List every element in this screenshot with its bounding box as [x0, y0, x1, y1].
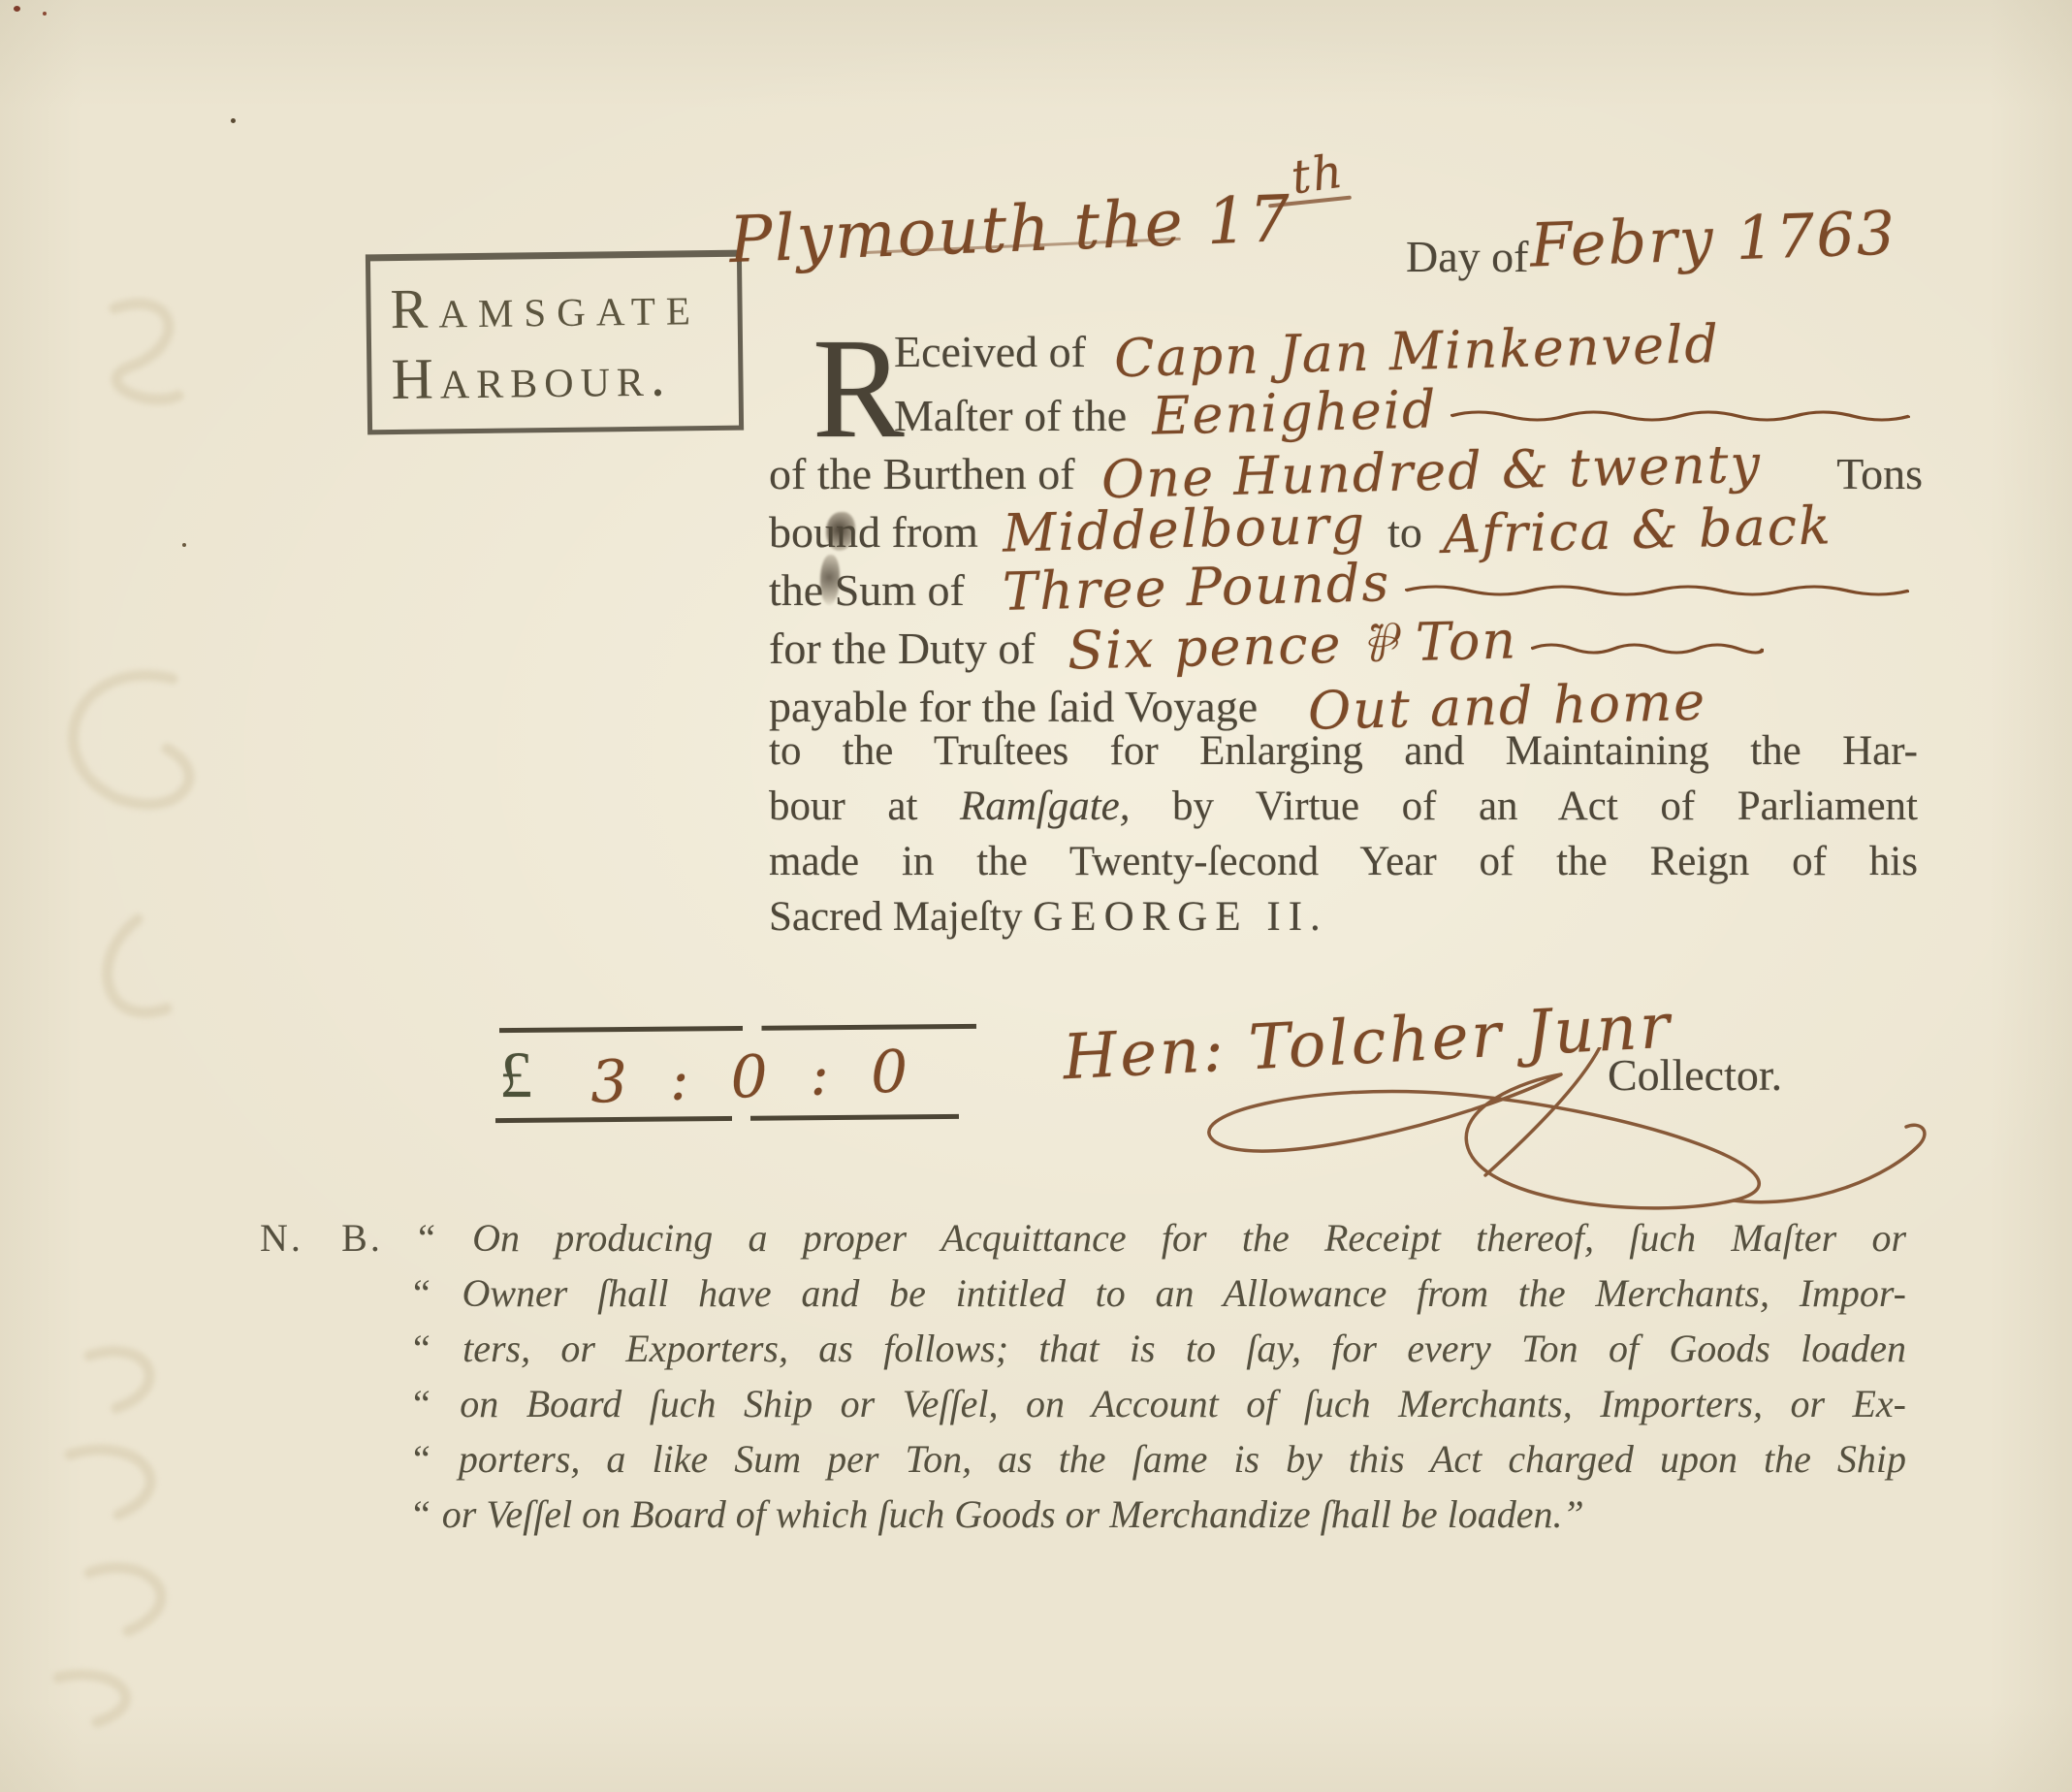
nb-line-text: on Board ſuch Ship or Veſſel, on Account…	[460, 1382, 1906, 1425]
row-bound: bound from Middelbourg to Africa & back	[769, 502, 1923, 560]
hw-amount: 3 : 0 : 0	[590, 1038, 912, 1117]
label-burthen: of the Burthen of	[769, 447, 1086, 501]
legal-line-2: bour at Ramſgate, by Virtue of an Act of…	[769, 779, 1918, 834]
amount-box: £ 3 : 0 : 0	[499, 1026, 982, 1121]
label-bound-from: bound from	[769, 505, 989, 560]
nb-line-text: On producing a proper Acquittance for th…	[472, 1216, 1906, 1260]
ink-speck	[182, 543, 186, 547]
amount-rule-top	[499, 1024, 976, 1033]
nb-quote: “	[413, 1382, 432, 1425]
nb-line: “ or Veſſel on Board of which ſuch Goods…	[260, 1487, 1906, 1542]
nb-line-text: or Veſſel on Board of which ſuch Goods o…	[442, 1492, 1584, 1536]
hw-captain-name: Capn Jan Minkenveld	[1114, 312, 1925, 386]
ink-dash	[1531, 640, 1764, 656]
nb-line: “ ters, or Exporters, as follows; that i…	[260, 1321, 1906, 1376]
hw-ship-name: Eenigheid	[1151, 382, 1438, 443]
hw-from-port: Middelbourg	[1003, 497, 1367, 560]
nb-line-text: Owner ſhall have and be intitled to an A…	[462, 1271, 1906, 1315]
dropcap-R: R	[813, 326, 905, 452]
ink-speck	[14, 6, 20, 12]
row-received: Eceived of Capn Jan Minkenveld	[894, 322, 1924, 379]
nb-label: N. B.	[260, 1216, 383, 1260]
hw-sum: Three Pounds	[1003, 556, 1391, 620]
nb-line: “ Owner ſhall have and be intitled to an…	[260, 1265, 1906, 1321]
stamp-line-ramsgate: Ramsgate	[390, 272, 738, 343]
hw-month-year: Febry 1763	[1529, 197, 1897, 280]
legal-line-3: made in the Twenty-ſecond Year of the Re…	[769, 834, 1918, 889]
amount-rule-bottom	[495, 1114, 959, 1123]
row-duty: for the Duty of Six pence ⅌ Ton	[769, 619, 1923, 676]
nb-quote: “	[413, 1271, 432, 1315]
legal-line-2-ramsgate: Ramſgate,	[960, 784, 1131, 829]
nb-quote: “	[413, 1437, 432, 1481]
nb-line: N. B. “ On producing a proper Acquittanc…	[260, 1210, 1906, 1265]
label-tons: Tons	[1836, 447, 1923, 501]
legal-line-2-pre: bour at	[769, 784, 960, 829]
george-caps: GEORGE II.	[1033, 894, 1328, 940]
printed-day-of: Day of	[1406, 231, 1528, 282]
label-sum: the Sum of	[769, 563, 975, 618]
nb-line: “ on Board ſuch Ship or Veſſel, on Accou…	[260, 1376, 1906, 1431]
label-master-of-the: Maſter of the	[894, 389, 1138, 443]
ink-dash	[1450, 407, 1910, 423]
legal-line-4: Sacred Majeſty GEORGE II.	[769, 889, 1918, 944]
hw-place-date: Plymouth the 17	[728, 181, 1293, 277]
stamp-box: Ramsgate Harbour.	[366, 250, 744, 435]
hw-duty: Six pence ⅌ Ton	[1068, 613, 1518, 678]
nb-quote: “	[413, 1492, 432, 1536]
nb-line-text: ters, or Exporters, as follows; that is …	[462, 1327, 1906, 1370]
legal-line-1: to the Truſtees for Enlarging and Mainta…	[769, 723, 1918, 779]
nb-line-text: porters, a like Sum per Ton, as the ſame…	[459, 1437, 1906, 1481]
ink-speck	[231, 118, 236, 123]
legal-line-2-post: by Virtue of an Act of Parliament	[1131, 784, 1919, 829]
ink-speck	[43, 12, 47, 16]
label-duty: for the Duty of	[769, 622, 1046, 676]
nb-quote: “	[418, 1216, 437, 1260]
nb-block: N. B. “ On producing a proper Acquittanc…	[260, 1210, 1906, 1542]
row-sum: the Sum of Three Pounds	[769, 560, 1923, 618]
row-burthen: of the Burthen of One Hundred & twenty T…	[769, 444, 1923, 501]
receipt-document: Ramsgate Harbour. Plymouth the 17 th Day…	[0, 0, 2072, 1792]
row-master: Maſter of the Eenigheid	[894, 386, 1924, 443]
stamp-line-harbour: Harbour.	[391, 339, 739, 415]
nb-quote: “	[413, 1327, 432, 1370]
legal-paragraph: to the Truſtees for Enlarging and Mainta…	[769, 723, 1918, 944]
nb-line: “ porters, a like Sum per Ton, as the ſa…	[260, 1431, 1906, 1487]
label-received-of: Eceived of	[894, 325, 1097, 379]
legal-line-4-pre: Sacred Majeſty	[769, 894, 1033, 940]
currency-symbol: £	[499, 1037, 532, 1113]
hw-destination: Africa & back	[1443, 496, 1924, 562]
ink-dash	[1405, 582, 1909, 597]
